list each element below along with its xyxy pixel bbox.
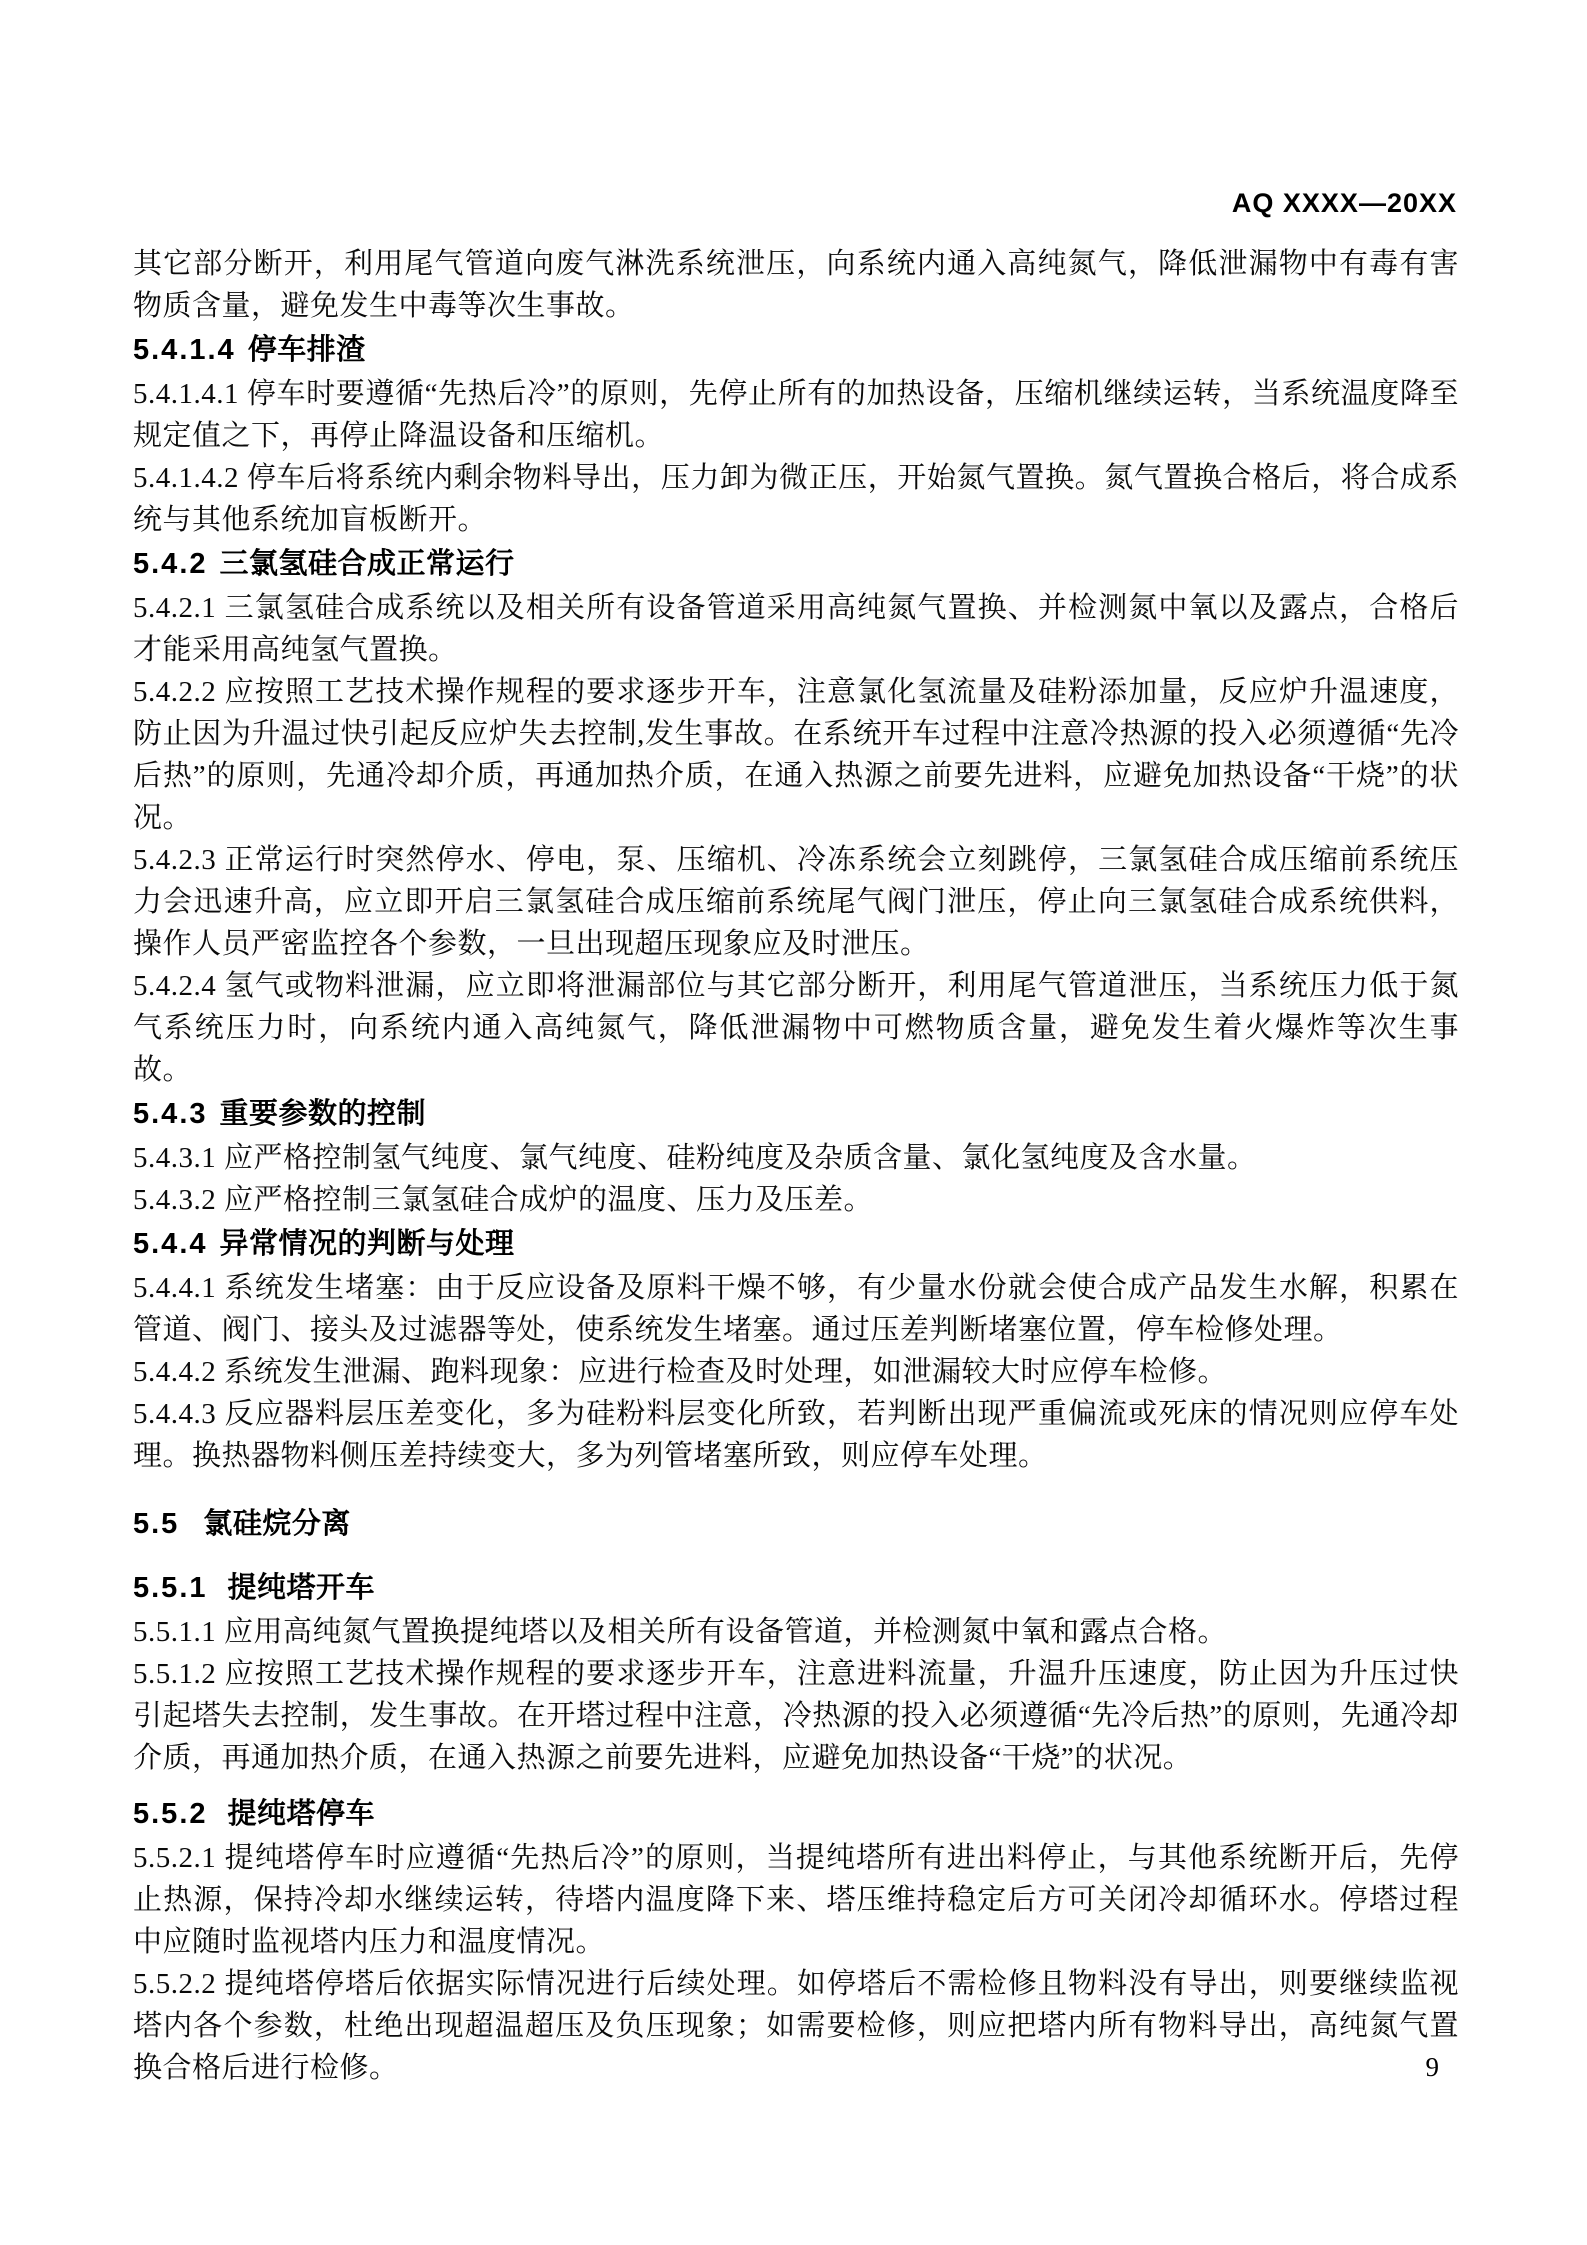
- paragraph-5-4-3-1: 5.4.3.1 应严格控制氢气纯度、氯气纯度、硅粉纯度及杂质含量、氯化氢纯度及含…: [133, 1137, 1459, 1179]
- paragraph-5-4-2-4: 5.4.2.4 氢气或物料泄漏，应立即将泄漏部位与其它部分断开，利用尾气管道泄压…: [133, 965, 1459, 1091]
- standard-code-header: AQ XXXX—20XX: [133, 188, 1457, 219]
- paragraph-5-4-2-1: 5.4.2.1 三氯氢硅合成系统以及相关所有设备管道采用高纯氮气置换、并检测氮中…: [133, 587, 1459, 671]
- paragraph-5-4-3-2: 5.4.3.2 应严格控制三氯氢硅合成炉的温度、压力及压差。: [133, 1179, 1459, 1221]
- paragraph-5-4-4-2: 5.4.4.2 系统发生泄漏、跑料现象：应进行检查及时处理，如泄漏较大时应停车检…: [133, 1351, 1459, 1393]
- paragraph-5-4-2-2: 5.4.2.2 应按照工艺技术操作规程的要求逐步开车，注意氯化氢流量及硅粉添加量…: [133, 671, 1459, 839]
- paragraph-5-4-4-3: 5.4.4.3 反应器料层压差变化，多为硅粉料层变化所致，若判断出现严重偏流或死…: [133, 1393, 1459, 1477]
- paragraph-5-4-4-1: 5.4.4.1 系统发生堵塞：由于反应设备及原料干燥不够，有少量水份就会使合成产…: [133, 1267, 1459, 1351]
- section-heading-5-5: 5.5氯硅烷分离: [133, 1503, 1459, 1545]
- paragraph-5-5-2-1: 5.5.2.1 提纯塔停车时应遵循“先热后冷”的原则，当提纯塔所有进出料停止，与…: [133, 1837, 1459, 1963]
- paragraph-5-4-2-3: 5.4.2.3 正常运行时突然停水、停电，泵、压缩机、冷冻系统会立刻跳停，三氯氢…: [133, 839, 1459, 965]
- section-heading-5-4-2: 5.4.2三氯氢硅合成正常运行: [133, 543, 1459, 585]
- heading-number: 5.5: [133, 1508, 179, 1540]
- page-number: 9: [1426, 2052, 1440, 2083]
- heading-title: 异常情况的判断与处理: [220, 1228, 515, 1260]
- paragraph-5-5-1-1: 5.5.1.1 应用高纯氮气置换提纯塔以及相关所有设备管道，并检测氮中氧和露点合…: [133, 1611, 1459, 1653]
- paragraph-5-4-1-4-2: 5.4.1.4.2 停车后将系统内剩余物料导出，压力卸为微正压，开始氮气置换。氮…: [133, 457, 1459, 541]
- heading-number: 5.4.4: [133, 1228, 208, 1260]
- heading-title: 提纯塔停车: [228, 1798, 376, 1830]
- heading-title: 停车排渣: [248, 334, 366, 366]
- paragraph-5-5-1-2: 5.5.1.2 应按照工艺技术操作规程的要求逐步开车，注意进料流量，升温升压速度…: [133, 1653, 1459, 1779]
- heading-title: 提纯塔开车: [228, 1572, 376, 1604]
- section-heading-5-4-4: 5.4.4异常情况的判断与处理: [133, 1223, 1459, 1265]
- paragraph-5-4-1-4-1: 5.4.1.4.1 停车时要遵循“先热后冷”的原则，先停止所有的加热设备，压缩机…: [133, 373, 1459, 457]
- heading-number: 5.5.1: [133, 1572, 208, 1604]
- heading-number: 5.4.3: [133, 1098, 208, 1130]
- document-body: 其它部分断开，利用尾气管道向废气淋洗系统泄压，向系统内通入高纯氮气，降低泄漏物中…: [133, 243, 1459, 2089]
- heading-number: 5.4.2: [133, 548, 208, 580]
- section-heading-5-4-3: 5.4.3重要参数的控制: [133, 1093, 1459, 1135]
- document-page: AQ XXXX—20XX 其它部分断开，利用尾气管道向废气淋洗系统泄压，向系统内…: [0, 0, 1587, 2245]
- section-heading-5-5-2: 5.5.2提纯塔停车: [133, 1793, 1459, 1835]
- heading-title: 三氯氢硅合成正常运行: [220, 548, 515, 580]
- section-heading-5-5-1: 5.5.1提纯塔开车: [133, 1567, 1459, 1609]
- paragraph-5-5-2-2: 5.5.2.2 提纯塔停塔后依据实际情况进行后续处理。如停塔后不需检修且物料没有…: [133, 1963, 1459, 2089]
- heading-title: 重要参数的控制: [220, 1098, 427, 1130]
- heading-number: 5.4.1.4: [133, 334, 236, 366]
- heading-title: 氯硅烷分离: [203, 1508, 351, 1540]
- heading-number: 5.5.2: [133, 1798, 208, 1830]
- section-heading-5-4-1-4: 5.4.1.4停车排渣: [133, 329, 1459, 371]
- paragraph-continuation: 其它部分断开，利用尾气管道向废气淋洗系统泄压，向系统内通入高纯氮气，降低泄漏物中…: [133, 243, 1459, 327]
